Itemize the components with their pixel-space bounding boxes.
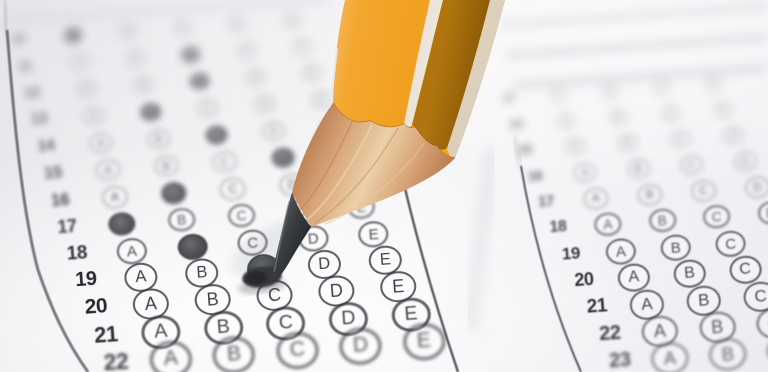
pencil-illustration bbox=[0, 0, 768, 372]
photo-scene: 10ABCDE11ABCDE12ABCDE13ABCDE14ABCDE15ABC… bbox=[0, 0, 768, 372]
